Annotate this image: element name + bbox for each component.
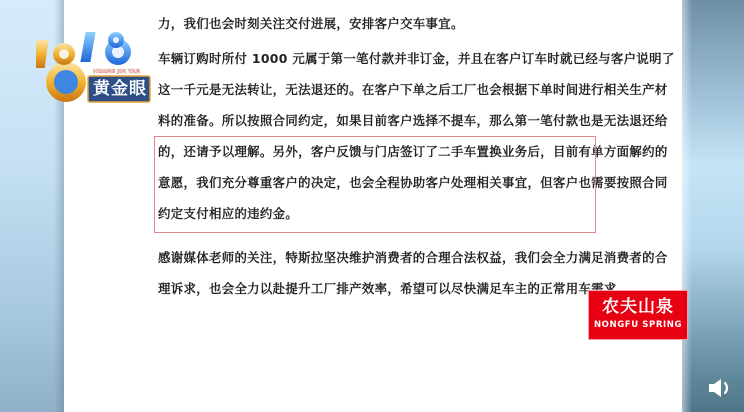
- speaker-icon[interactable]: [706, 376, 734, 400]
- text-line: 理诉求，也会全力以赴提升工厂排产效率，希望可以尽快满足车主的正常用车需求。: [158, 273, 598, 304]
- paragraph-3: 感谢媒体老师的关注，特斯拉坚决维护消费者的合理合法权益，我们会全力满足消费者的合…: [158, 242, 598, 304]
- text-line: 料的准备。所以按照合同约定，如果目前客户选择不提车，那么第一笔付款也是无法退还给: [158, 105, 598, 136]
- highlight-box: [154, 136, 596, 233]
- background-right: [682, 0, 744, 412]
- text-line: 感谢媒体老师的关注，特斯拉坚决维护消费者的合理合法权益，我们会全力满足消费者的合: [158, 242, 598, 273]
- text-line: 力，我们也会时刻关注交付进展，安排客户交车事宜。: [158, 8, 598, 39]
- text-line: 车辆订购时所付 1000 元属于第一笔付款并非订金，并且在客户订车时就已经与客户…: [158, 43, 598, 74]
- sponsor-logo-cn: 农夫山泉: [589, 295, 687, 319]
- channel-logo-1818: HUANG JIN YAN 黄金眼: [36, 30, 152, 110]
- sponsor-logo-nongfu-spring: 农夫山泉 NONGFU SPRING: [588, 290, 688, 340]
- sponsor-logo-en: NONGFU SPRING: [589, 319, 687, 331]
- svg-text:HUANG JIN YAN: HUANG JIN YAN: [93, 69, 141, 75]
- channel-logo-name: 黄金眼: [90, 78, 150, 100]
- text-line: 这一千元是无法转让，无法退还的。在客户下单之后工厂也会根据下单时间进行相关生产材: [158, 74, 598, 105]
- paragraph-1: 力，我们也会时刻关注交付进展，安排客户交车事宜。: [158, 8, 598, 39]
